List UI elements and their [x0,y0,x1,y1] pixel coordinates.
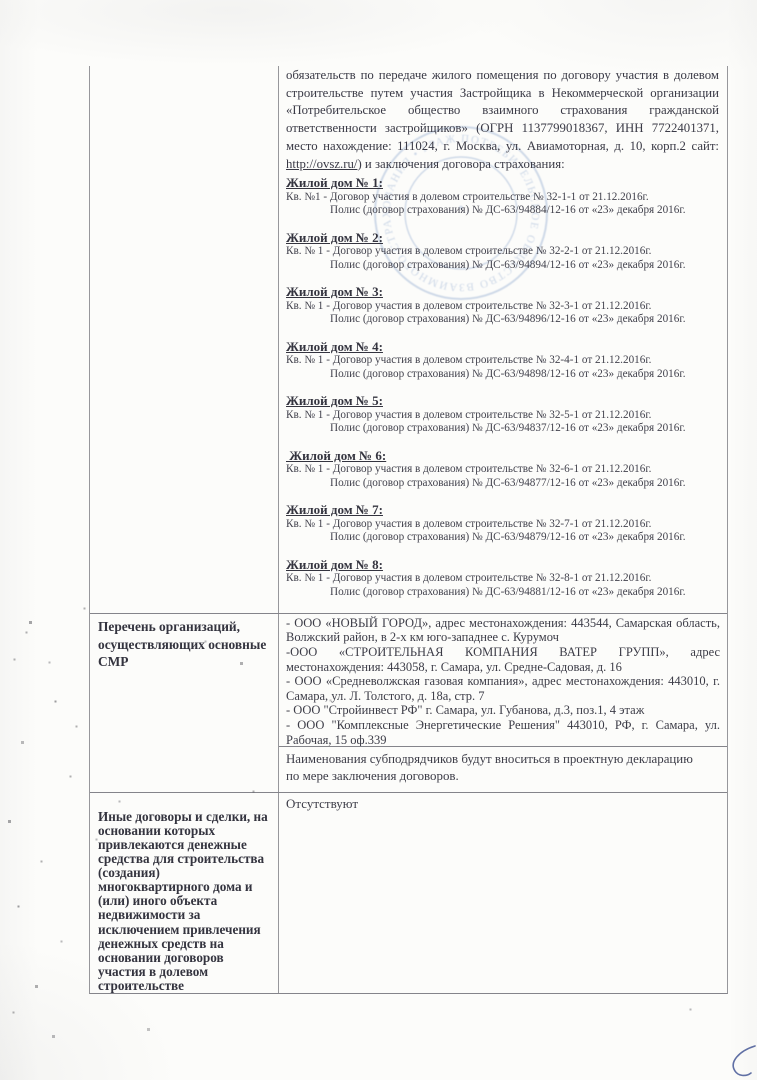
insurance-paragraph: обязательств по передаче жилого помещени… [286,67,719,173]
house-block-1: Жилой дом № 1: Кв. №1 - Договор участия … [286,175,719,218]
house-title: Жилой дом № 6: [286,448,719,464]
house-title: Жилой дом № 7: [286,502,719,518]
house-policy-line: Полис (договор страхования) № ДС-63/9487… [286,531,719,545]
declaration-table: обязательств по передаче жилого помещени… [89,66,728,994]
house-contract-line: Кв. № 1 - Договор участия в долевом стро… [286,463,719,477]
contractors-label: Перечень организаций, осуществляющих осн… [90,614,278,671]
house-policy-line: Полис (договор страхования) № ДС-63/9488… [286,586,719,600]
house-policy-line: Полис (договор страхования) № ДС-63/9489… [286,368,719,382]
other-contracts-label: Иные договоры и сделки, на основании кот… [90,793,278,993]
house-title: Жилой дом № 4: [286,339,719,355]
other-contracts-content-cell: Отсутствуют [279,793,727,993]
row1-content-cell: обязательств по передаче жилого помещени… [279,66,727,613]
house-title: Жилой дом № 5: [286,393,719,409]
contractors-content-cell: - ООО «НОВЫЙ ГОРОД», адрес местонахожден… [279,614,727,792]
house-policy-line: Полис (договор страхования) № ДС-63/9489… [286,259,719,273]
house-block-8: Жилой дом № 8: Кв. № 1 - Договор участия… [286,557,719,600]
house-block-4: Жилой дом № 4: Кв. № 1 - Договор участия… [286,339,719,382]
house-title: Жилой дом № 2: [286,230,719,246]
company-item: - ООО «Средневолжская газовая компания»,… [286,674,720,703]
contractors-label-cell: Перечень организаций, осуществляющих осн… [90,614,279,792]
ovsz-printed-url: http://ovsz.ru/ [286,157,357,171]
scan-speckles [0,0,1,1]
absent-value: Отсутствуют [279,793,727,812]
scanned-document-page: ПОТРЕБИТЕЛЬСКОЕ ОБЩЕСТВО ВЗАИМНОГО СТРАХ… [0,0,757,1080]
pen-curl-mark [717,1040,757,1080]
insurance-intro-tail: ) и заключения договора страхования: [357,157,564,171]
company-item: - ООО "Комплексные Энергетические Решени… [286,718,720,747]
house-contract-line: Кв. № 1 - Договор участия в долевом стро… [286,572,719,586]
company-item: -ООО «СТРОИТЕЛЬНАЯ КОМПАНИЯ ВАТЕР ГРУПП»… [286,645,720,674]
house-title: Жилой дом № 1: [286,175,719,191]
insurance-intro-text: обязательств по передаче жилого помещени… [286,68,719,153]
house-title: Жилой дом № 3: [286,284,719,300]
house-policy-line: Полис (договор страхования) № ДС-63/9489… [286,313,719,327]
house-block-7: Жилой дом № 7: Кв. № 1 - Договор участия… [286,502,719,545]
house-title: Жилой дом № 8: [286,557,719,573]
house-contract-line: Кв. № 1 - Договор участия в долевом стро… [286,409,719,423]
house-contract-line: Кв. № 1 - Договор участия в долевом стро… [286,354,719,368]
house-block-3: Жилой дом № 3: Кв. № 1 - Договор участия… [286,284,719,327]
house-policy-line: Полис (договор страхования) № ДС-63/9488… [286,204,719,218]
table-row-other-contracts: Иные договоры и сделки, на основании кот… [90,792,727,993]
house-block-2: Жилой дом № 2: Кв. № 1 - Договор участия… [286,230,719,273]
house-contract-line: Кв. № 1 - Договор участия в долевом стро… [286,300,719,314]
companies-list: - ООО «НОВЫЙ ГОРОД», адрес местонахожден… [279,614,727,747]
row1-empty-label-cell [90,66,279,613]
company-item: - ООО "Стройинвест РФ" г. Самара, ул. Гу… [286,703,720,718]
house-contract-line: Кв. № 1 - Договор участия в долевом стро… [286,245,719,259]
subcontractors-note: Наименования субподрядчиков будут вносит… [279,747,727,785]
house-contract-line: Кв. №1 - Договор участия в долевом строи… [286,191,719,205]
house-contract-line: Кв. № 1 - Договор участия в долевом стро… [286,518,719,532]
house-policy-line: Полис (договор страхования) № ДС-63/9483… [286,422,719,436]
other-contracts-label-cell: Иные договоры и сделки, на основании кот… [90,793,279,993]
house-block-5: Жилой дом № 5: Кв. № 1 - Договор участия… [286,393,719,436]
table-row-contractors: Перечень организаций, осуществляющих осн… [90,613,727,792]
house-block-6: Жилой дом № 6: Кв. № 1 - Договор участия… [286,448,719,491]
company-item: - ООО «НОВЫЙ ГОРОД», адрес местонахожден… [286,616,720,645]
house-policy-line: Полис (договор страхования) № ДС-63/9487… [286,477,719,491]
table-row-insurance: обязательств по передаче жилого помещени… [90,66,727,613]
